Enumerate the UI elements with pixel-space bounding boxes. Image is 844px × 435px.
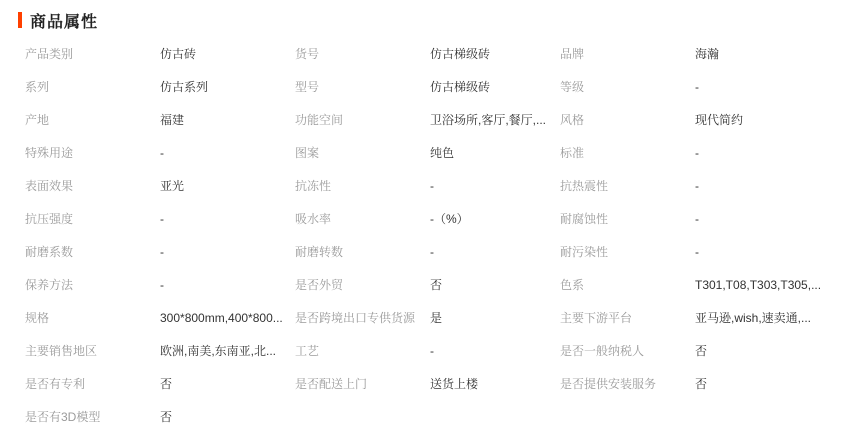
attribute-value: -（%） [430, 210, 469, 227]
attribute-label: 功能空间 [295, 111, 430, 128]
attribute-row: 是否有3D模型否 [25, 400, 295, 433]
attribute-value: 亚光 [160, 177, 184, 194]
attribute-label: 耐腐蚀性 [560, 210, 695, 227]
attribute-row: 系列仿古系列 [25, 70, 295, 103]
attribute-value: 海瀚 [695, 45, 719, 62]
attribute-label: 表面效果 [25, 177, 160, 194]
attribute-label: 是否提供安装服务 [560, 375, 695, 392]
attribute-label: 风格 [560, 111, 695, 128]
attribute-value: 否 [160, 375, 172, 392]
attribute-row: 风格现代简约 [560, 103, 844, 136]
attribute-value: - [160, 278, 164, 292]
accent-bar-icon [18, 12, 22, 28]
attribute-column-2: 货号仿古梯级砖型号仿古梯级砖功能空间卫浴场所,客厅,餐厅,...图案纯色抗冻性-… [295, 37, 560, 433]
attribute-value: - [160, 212, 164, 226]
attribute-label: 吸水率 [295, 210, 430, 227]
attribute-label: 是否一般纳税人 [560, 342, 695, 359]
attribute-row: 图案纯色 [295, 136, 560, 169]
attribute-value: - [695, 212, 699, 226]
attribute-value: 否 [695, 342, 707, 359]
attribute-label: 特殊用途 [25, 144, 160, 161]
attribute-value: 仿古梯级砖 [430, 45, 490, 62]
attribute-row: 是否提供安装服务否 [560, 367, 844, 400]
attribute-row: 抗压强度- [25, 202, 295, 235]
attribute-row: 是否外贸否 [295, 268, 560, 301]
attribute-label: 品牌 [560, 45, 695, 62]
attribute-label: 是否外贸 [295, 276, 430, 293]
attribute-column-3: 品牌海瀚等级-风格现代简约标准-抗热震性-耐腐蚀性-耐污染性-色系T301,T0… [560, 37, 844, 433]
attribute-value: 仿古系列 [160, 78, 208, 95]
attribute-value: 300*800mm,400*800... [160, 311, 283, 325]
attribute-label: 保养方法 [25, 276, 160, 293]
attribute-value: 送货上楼 [430, 375, 478, 392]
attribute-label: 是否跨境出口专供货源 [295, 309, 430, 326]
attribute-value: - [430, 179, 434, 193]
attribute-label: 主要下游平台 [560, 309, 695, 326]
attribute-row: 是否跨境出口专供货源是 [295, 301, 560, 334]
attribute-value: - [695, 179, 699, 193]
attribute-value: 卫浴场所,客厅,餐厅,... [430, 111, 546, 128]
attribute-row: 特殊用途- [25, 136, 295, 169]
attribute-label: 抗冻性 [295, 177, 430, 194]
attribute-label: 抗热震性 [560, 177, 695, 194]
attribute-column-1: 产品类别仿古砖系列仿古系列产地福建特殊用途-表面效果亚光抗压强度-耐磨系数-保养… [25, 37, 295, 433]
attribute-label: 规格 [25, 309, 160, 326]
attribute-label: 货号 [295, 45, 430, 62]
attribute-row: 抗热震性- [560, 169, 844, 202]
attribute-value: 欧洲,南美,东南亚,北... [160, 342, 276, 359]
attribute-row: 耐污染性- [560, 235, 844, 268]
attribute-label: 产品类别 [25, 45, 160, 62]
product-attributes-section: 商品属性 产品类别仿古砖系列仿古系列产地福建特殊用途-表面效果亚光抗压强度-耐磨… [0, 0, 844, 435]
attribute-row: 主要销售地区欧洲,南美,东南亚,北... [25, 334, 295, 367]
attribute-row: 抗冻性- [295, 169, 560, 202]
attribute-row: 品牌海瀚 [560, 37, 844, 70]
attribute-label: 型号 [295, 78, 430, 95]
attribute-row: 标准- [560, 136, 844, 169]
attribute-value: 仿古砖 [160, 45, 196, 62]
attribute-row: 产地福建 [25, 103, 295, 136]
attribute-value: 亚马逊,wish,速卖通,... [695, 309, 811, 326]
attribute-value: - [160, 245, 164, 259]
attribute-label: 耐污染性 [560, 243, 695, 260]
attribute-label: 耐磨系数 [25, 243, 160, 260]
attribute-label: 等级 [560, 78, 695, 95]
attribute-value: 仿古梯级砖 [430, 78, 490, 95]
attribute-row: 型号仿古梯级砖 [295, 70, 560, 103]
attribute-row: 货号仿古梯级砖 [295, 37, 560, 70]
attribute-value: - [160, 146, 164, 160]
attribute-label: 是否配送上门 [295, 375, 430, 392]
attribute-value: 否 [695, 375, 707, 392]
attribute-row: 保养方法- [25, 268, 295, 301]
attribute-label: 标准 [560, 144, 695, 161]
attribute-value: - [695, 146, 699, 160]
attribute-row: 耐磨系数- [25, 235, 295, 268]
attribute-row: 等级- [560, 70, 844, 103]
attribute-value: 否 [430, 276, 442, 293]
attribute-value: 是 [430, 309, 442, 326]
attribute-label: 图案 [295, 144, 430, 161]
attribute-row: 色系T301,T08,T303,T305,... [560, 268, 844, 301]
attribute-value: 否 [160, 408, 172, 425]
attribute-value: 福建 [160, 111, 184, 128]
attribute-label: 是否有3D模型 [25, 408, 160, 425]
attribute-row: 工艺- [295, 334, 560, 367]
section-header: 商品属性 [0, 0, 844, 31]
attribute-label: 系列 [25, 78, 160, 95]
attribute-value: - [430, 245, 434, 259]
attribute-label: 抗压强度 [25, 210, 160, 227]
attribute-row: 是否配送上门送货上楼 [295, 367, 560, 400]
attribute-value: T301,T08,T303,T305,... [695, 278, 821, 292]
attribute-label: 是否有专利 [25, 375, 160, 392]
attribute-label: 耐磨转数 [295, 243, 430, 260]
section-title: 商品属性 [30, 9, 98, 32]
attributes-table: 产品类别仿古砖系列仿古系列产地福建特殊用途-表面效果亚光抗压强度-耐磨系数-保养… [0, 37, 844, 433]
attribute-row: 耐磨转数- [295, 235, 560, 268]
attribute-value: - [695, 80, 699, 94]
attribute-label: 产地 [25, 111, 160, 128]
attribute-label: 色系 [560, 276, 695, 293]
attribute-value: - [430, 344, 434, 358]
attribute-row: 是否一般纳税人否 [560, 334, 844, 367]
attribute-value: 现代简约 [695, 111, 743, 128]
attribute-row: 规格300*800mm,400*800... [25, 301, 295, 334]
attribute-row: 主要下游平台亚马逊,wish,速卖通,... [560, 301, 844, 334]
attribute-label: 工艺 [295, 342, 430, 359]
attribute-row: 表面效果亚光 [25, 169, 295, 202]
attribute-label: 主要销售地区 [25, 342, 160, 359]
attribute-row: 产品类别仿古砖 [25, 37, 295, 70]
attribute-row: 吸水率-（%） [295, 202, 560, 235]
attribute-value: - [695, 245, 699, 259]
attribute-row: 功能空间卫浴场所,客厅,餐厅,... [295, 103, 560, 136]
attribute-row: 是否有专利否 [25, 367, 295, 400]
attribute-value: 纯色 [430, 144, 454, 161]
attribute-row: 耐腐蚀性- [560, 202, 844, 235]
